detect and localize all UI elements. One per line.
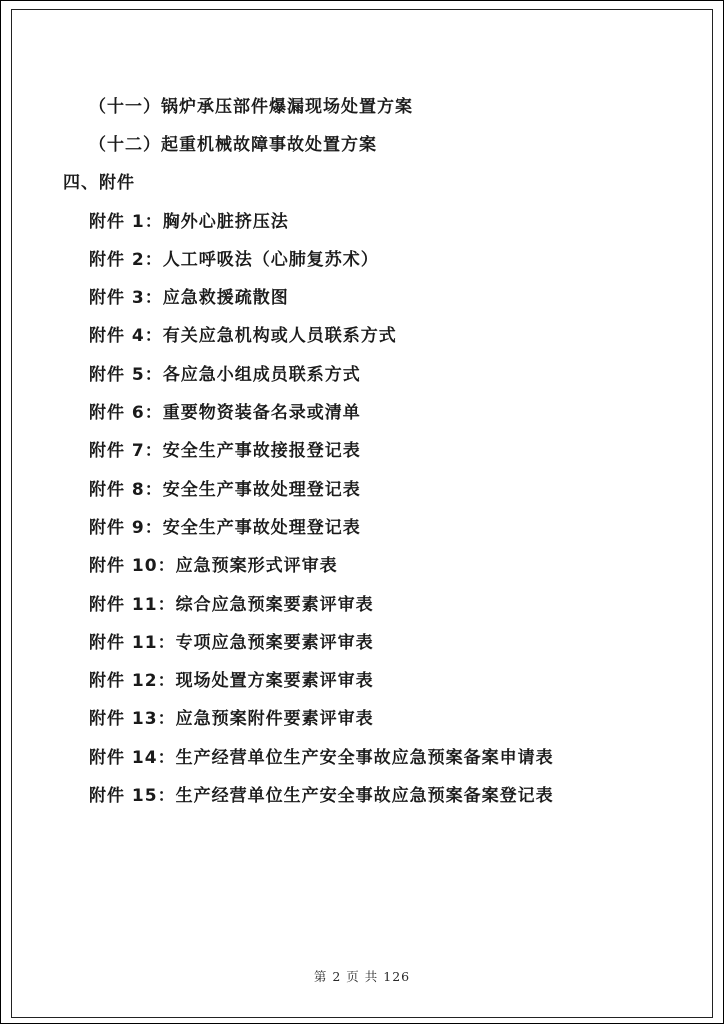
document-line: （十一）锅炉承压部件爆漏现场处置方案: [1, 85, 723, 123]
attachment-line: 附件 13：应急预案附件要素评审表: [1, 698, 723, 736]
attachment-line: 附件 12：现场处置方案要素评审表: [1, 659, 723, 697]
attachment-line: 附件 15：生产经营单位生产安全事故应急预案备案登记表: [1, 774, 723, 812]
attachment-line: 附件 11：综合应急预案要素评审表: [1, 583, 723, 621]
attachment-line: 附件 11：专项应急预案要素评审表: [1, 621, 723, 659]
page-footer: 第 2 页 共 126: [1, 967, 723, 985]
attachment-line: 附件 3：应急救援疏散图: [1, 276, 723, 314]
document-content: （十一）锅炉承压部件爆漏现场处置方案 （十二）起重机械故障事故处置方案 四、附件…: [1, 85, 723, 813]
attachment-line: 附件 5：各应急小组成员联系方式: [1, 353, 723, 391]
attachment-line: 附件 9：安全生产事故处理登记表: [1, 506, 723, 544]
attachment-line: 附件 7：安全生产事故接报登记表: [1, 430, 723, 468]
document-line: （十二）起重机械故障事故处置方案: [1, 123, 723, 161]
attachment-line: 附件 1：胸外心脏挤压法: [1, 200, 723, 238]
attachment-line: 附件 8：安全生产事故处理登记表: [1, 468, 723, 506]
attachment-line: 附件 14：生产经营单位生产安全事故应急预案备案申请表: [1, 736, 723, 774]
attachment-line: 附件 4：有关应急机构或人员联系方式: [1, 315, 723, 353]
attachment-line: 附件 6：重要物资装备名录或清单: [1, 391, 723, 429]
attachment-line: 附件 2：人工呼吸法（心肺复苏术）: [1, 238, 723, 276]
section-heading: 四、附件: [1, 162, 723, 200]
document-page: （十一）锅炉承压部件爆漏现场处置方案 （十二）起重机械故障事故处置方案 四、附件…: [0, 0, 724, 1024]
attachment-line: 附件 10：应急预案形式评审表: [1, 545, 723, 583]
